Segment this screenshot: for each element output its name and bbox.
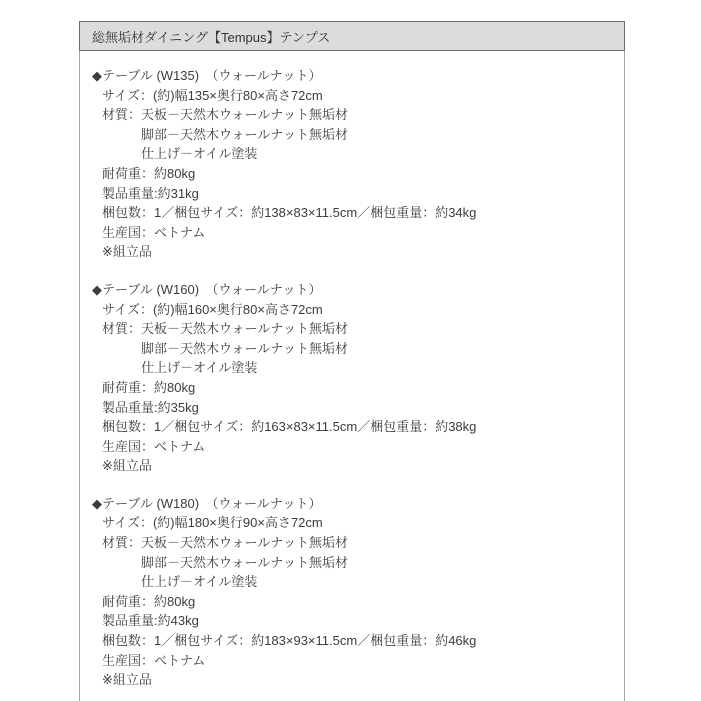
material-legs-line: 脚部－天然木ウォールナット無垢材 bbox=[92, 339, 612, 359]
spec-header-bar: 総無垢材ダイニング【Tempus】テンプス bbox=[79, 21, 625, 51]
assembly-note-line: ※組立品 bbox=[92, 670, 612, 690]
packing-line: 梱包数：1／梱包サイズ：約138×83×11.5cm／梱包重量：約34kg bbox=[92, 203, 612, 223]
spec-header-title: 総無垢材ダイニング【Tempus】テンプス bbox=[92, 27, 330, 46]
material-finish-line: 仕上げ－オイル塗装 bbox=[92, 358, 612, 378]
load-capacity-line: 耐荷重：約80kg bbox=[92, 164, 612, 184]
assembly-note-line: ※組立品 bbox=[92, 456, 612, 476]
material-top-line: 材質：天板－天然木ウォールナット無垢材 bbox=[92, 105, 612, 125]
country-line: 生産国：ベトナム bbox=[92, 651, 612, 671]
spec-body: ◆テーブル (W135) （ウォールナット） サイズ：(約)幅135×奥行80×… bbox=[79, 51, 625, 701]
product-section-w135: ◆テーブル (W135) （ウォールナット） サイズ：(約)幅135×奥行80×… bbox=[92, 66, 612, 262]
material-legs-line: 脚部－天然木ウォールナット無垢材 bbox=[92, 125, 612, 145]
product-name: ◆テーブル (W180) （ウォールナット） bbox=[92, 494, 612, 514]
product-weight-line: 製品重量:約35kg bbox=[92, 398, 612, 418]
product-section-w160: ◆テーブル (W160) （ウォールナット） サイズ：(約)幅160×奥行80×… bbox=[92, 280, 612, 476]
material-top-line: 材質：天板－天然木ウォールナット無垢材 bbox=[92, 533, 612, 553]
packing-line: 梱包数：1／梱包サイズ：約163×83×11.5cm／梱包重量：約38kg bbox=[92, 417, 612, 437]
product-section-w180: ◆テーブル (W180) （ウォールナット） サイズ：(約)幅180×奥行90×… bbox=[92, 494, 612, 690]
size-line: サイズ：(約)幅135×奥行80×高さ72cm bbox=[92, 86, 612, 106]
load-capacity-line: 耐荷重：約80kg bbox=[92, 592, 612, 612]
product-name: ◆テーブル (W160) （ウォールナット） bbox=[92, 280, 612, 300]
material-top-line: 材質：天板－天然木ウォールナット無垢材 bbox=[92, 319, 612, 339]
material-legs-line: 脚部－天然木ウォールナット無垢材 bbox=[92, 553, 612, 573]
product-weight-line: 製品重量:約31kg bbox=[92, 184, 612, 204]
size-line: サイズ：(約)幅160×奥行80×高さ72cm bbox=[92, 300, 612, 320]
size-line: サイズ：(約)幅180×奥行90×高さ72cm bbox=[92, 513, 612, 533]
packing-line: 梱包数：1／梱包サイズ：約183×93×11.5cm／梱包重量：約46kg bbox=[92, 631, 612, 651]
product-spec-panel: 総無垢材ダイニング【Tempus】テンプス ◆テーブル (W135) （ウォール… bbox=[79, 21, 625, 701]
material-finish-line: 仕上げ－オイル塗装 bbox=[92, 572, 612, 592]
assembly-note-line: ※組立品 bbox=[92, 242, 612, 262]
material-finish-line: 仕上げ－オイル塗装 bbox=[92, 144, 612, 164]
product-name: ◆テーブル (W135) （ウォールナット） bbox=[92, 66, 612, 86]
product-weight-line: 製品重量:約43kg bbox=[92, 611, 612, 631]
load-capacity-line: 耐荷重：約80kg bbox=[92, 378, 612, 398]
country-line: 生産国：ベトナム bbox=[92, 223, 612, 243]
country-line: 生産国：ベトナム bbox=[92, 437, 612, 457]
